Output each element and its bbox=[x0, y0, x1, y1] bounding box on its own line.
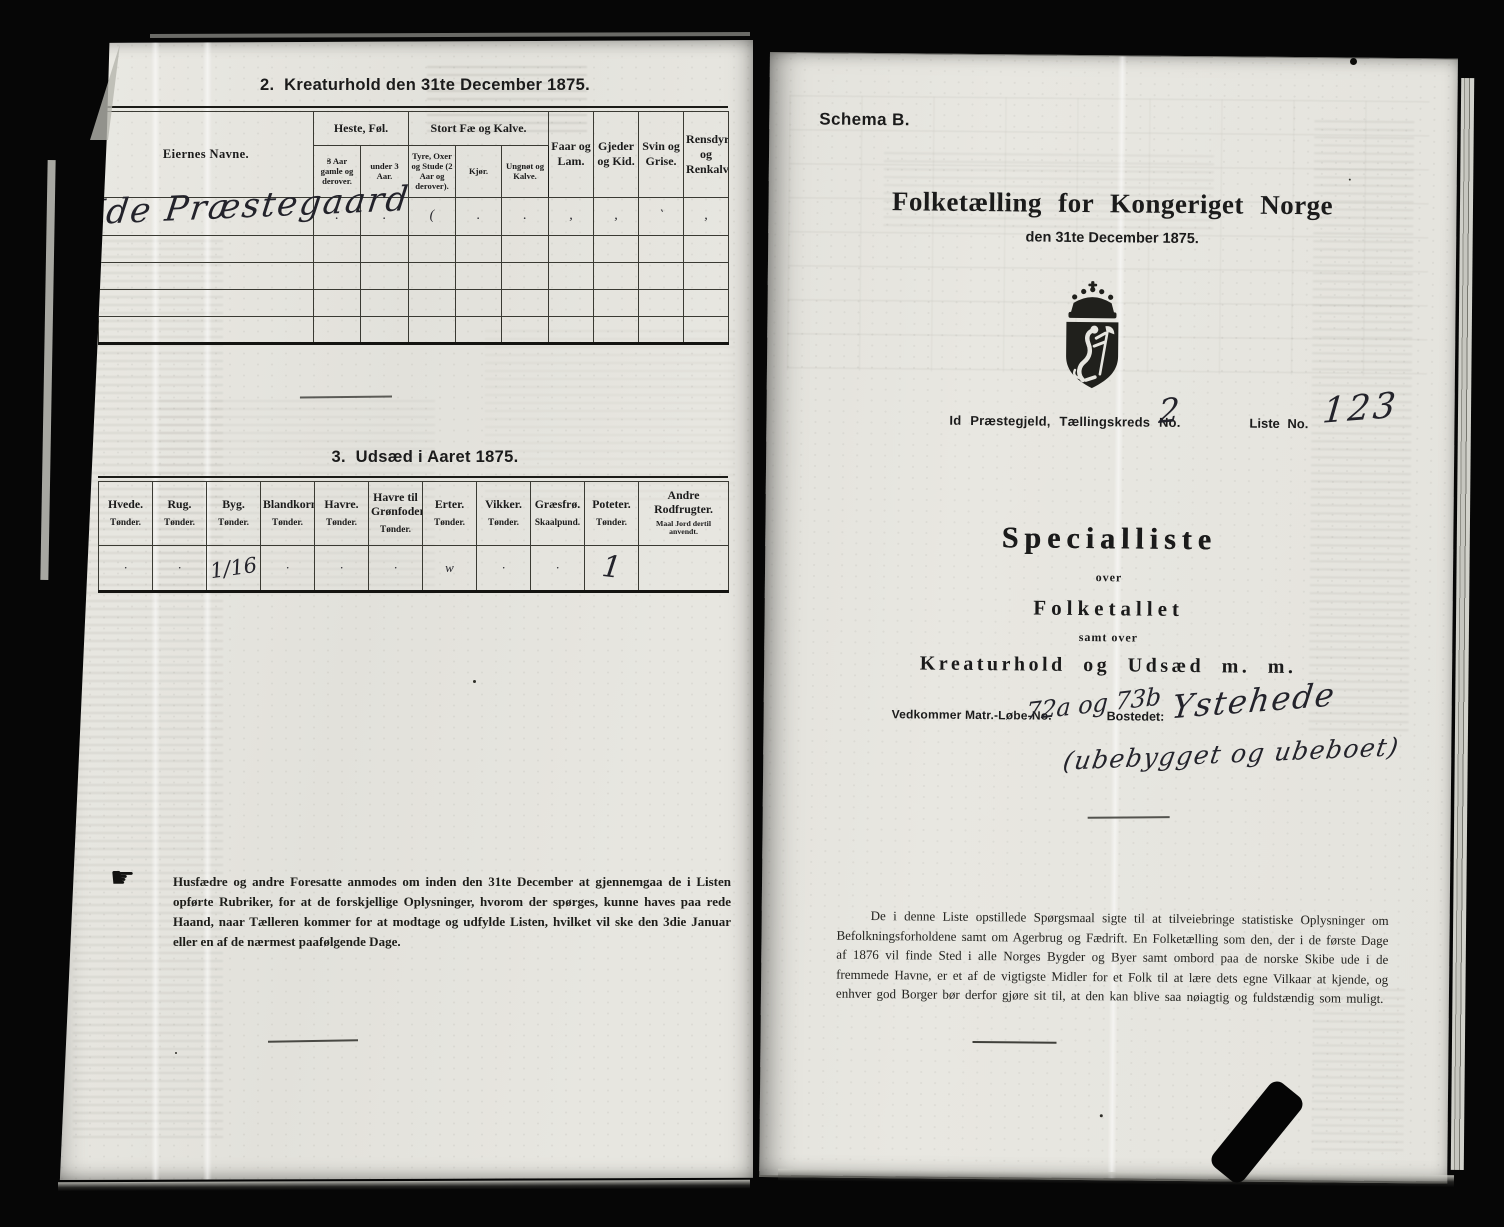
dust-speck bbox=[327, 160, 329, 162]
value-cell: · bbox=[153, 545, 207, 591]
empty-cell bbox=[502, 289, 549, 316]
udsaed-header-row: Hvede.Tønder. Rug.Tønder. Byg.Tønder. Bl… bbox=[99, 481, 729, 545]
stacked-pages-bottom-edge bbox=[58, 1180, 750, 1191]
census-date-line: den 31te December 1875. bbox=[792, 227, 1432, 249]
census-explanatory-paragraph: De i denne Liste opstillede Spørgsmaal s… bbox=[836, 906, 1389, 1009]
underlying-page-edge bbox=[40, 160, 55, 580]
entry-mark-cell: , bbox=[549, 197, 594, 235]
empty-cell bbox=[456, 262, 502, 289]
handwritten-note: (ubebygget og ubeboet) bbox=[1061, 732, 1402, 776]
column-name: Byg. bbox=[209, 498, 258, 512]
empty-cell bbox=[99, 316, 314, 343]
column-unit: Tønder. bbox=[209, 518, 258, 528]
dust-speck bbox=[1349, 179, 1351, 181]
udsaed-value-row: · · 1/16 · · · w · · 1 bbox=[99, 545, 729, 591]
value-cell-byg: 1/16 bbox=[207, 545, 261, 591]
bleedthrough-texture bbox=[73, 240, 223, 1140]
column-unit: Tønder. bbox=[155, 518, 204, 528]
empty-cell bbox=[639, 289, 684, 316]
udsaed-title: 3. Udsæd i Aaret 1875. bbox=[175, 448, 675, 467]
stortfae-sub-header-2: Kjør. bbox=[456, 145, 502, 197]
separator-rule bbox=[268, 1039, 358, 1043]
value-cell bbox=[639, 545, 729, 591]
udsaed-title-number: 3. bbox=[332, 448, 346, 466]
separator-rule bbox=[972, 1041, 1056, 1044]
empty-cell bbox=[314, 289, 361, 316]
kreaturhold-title: 2. Kreaturhold den 31te December 1875. bbox=[175, 76, 675, 95]
empty-cell bbox=[314, 316, 361, 343]
column-unit: Skaalpund. bbox=[533, 518, 582, 528]
schema-label: Schema B. bbox=[819, 109, 910, 130]
column-unit: Tønder. bbox=[371, 525, 420, 535]
heste-group-header: Heste, Føl. bbox=[314, 111, 409, 145]
dust-speck bbox=[473, 680, 476, 683]
gjeder-column-header: Gjeder og Kid. bbox=[594, 111, 639, 197]
column-unit: Maal Jord dertil anvendt. bbox=[641, 520, 726, 537]
empty-cell bbox=[684, 262, 729, 289]
udsaed-table: Hvede.Tønder. Rug.Tønder. Byg.Tønder. Bl… bbox=[98, 481, 729, 593]
empty-cell bbox=[361, 235, 409, 262]
stortfae-sub-header-3: Ungnøt og Kalve. bbox=[502, 145, 549, 197]
rensdyr-column-header: Rensdyr og Renkalve. bbox=[684, 111, 729, 197]
value-cell: · bbox=[315, 545, 369, 591]
empty-cell bbox=[99, 235, 314, 262]
column-name: Erter. bbox=[425, 498, 474, 512]
hvede-header: Hvede.Tønder. bbox=[99, 481, 153, 545]
empty-cell bbox=[456, 289, 502, 316]
entry-mark-cell: ( bbox=[409, 197, 456, 235]
empty-row bbox=[99, 289, 729, 316]
empty-cell bbox=[502, 235, 549, 262]
bleedthrough-texture bbox=[1311, 988, 1405, 1154]
column-unit: Tønder. bbox=[101, 518, 150, 528]
vikker-header: Vikker.Tønder. bbox=[477, 481, 531, 545]
column-unit: Tønder. bbox=[263, 518, 312, 528]
kreaturhold-title-number: 2. bbox=[260, 76, 274, 94]
udsaed-table-frame: Hvede.Tønder. Rug.Tønder. Byg.Tønder. Bl… bbox=[98, 476, 728, 593]
empty-cell bbox=[639, 235, 684, 262]
empty-cell bbox=[99, 262, 314, 289]
column-name: Poteter. bbox=[587, 498, 636, 512]
census-title: Folketælling for Kongeriget Norge bbox=[792, 185, 1432, 222]
empty-cell bbox=[409, 262, 456, 289]
svin-column-header: Svin og Grise. bbox=[639, 111, 684, 197]
column-name: Blandkorn. bbox=[263, 498, 312, 512]
liste-label: Liste No. bbox=[1249, 416, 1308, 432]
scanned-census-book-spread: 2. Kreaturhold den 31te December 1875. E… bbox=[0, 0, 1504, 1227]
over-label: over bbox=[829, 568, 1389, 588]
district-prefix: Id Præstegjeld, Tællingskreds No. bbox=[949, 413, 1180, 430]
column-unit: Tønder. bbox=[479, 518, 528, 528]
bleedthrough-texture bbox=[485, 330, 735, 500]
handwritten-krets-number: 2 bbox=[1158, 390, 1181, 431]
folketallet-heading: Folketallet bbox=[829, 594, 1389, 624]
empty-cell bbox=[409, 289, 456, 316]
column-name: Græsfrø. bbox=[533, 498, 582, 512]
left-page: 2. Kreaturhold den 31te December 1875. E… bbox=[55, 40, 753, 1180]
empty-cell bbox=[684, 235, 729, 262]
value-cell: · bbox=[477, 545, 531, 591]
empty-cell bbox=[684, 316, 729, 343]
faar-column-header: Faar og Lam. bbox=[549, 111, 594, 197]
graesfro-header: Græsfrø.Skaalpund. bbox=[531, 481, 585, 545]
ink-blot bbox=[1350, 58, 1357, 65]
right-page: Schema B. Folketælling for Kongeriget No… bbox=[759, 52, 1458, 1184]
havre-gronfoder-header: Havre til Grønfoder.Tønder. bbox=[369, 481, 423, 545]
separator-rule bbox=[1088, 816, 1170, 819]
column-name: Vikker. bbox=[479, 498, 528, 512]
value-cell: w bbox=[423, 545, 477, 591]
erter-header: Erter.Tønder. bbox=[423, 481, 477, 545]
column-unit: Tønder. bbox=[587, 518, 636, 528]
blandkorn-header: Blandkorn.Tønder. bbox=[261, 481, 315, 545]
empty-cell bbox=[639, 316, 684, 343]
rodfrugter-header: Andre Rodfrugter.Maal Jord dertil anvend… bbox=[639, 481, 729, 545]
bosted-label: Bostedet: bbox=[1107, 709, 1165, 724]
subjects-heading: Kreaturhold og Udsæd m. m. bbox=[828, 652, 1388, 680]
empty-cell bbox=[549, 316, 594, 343]
column-unit: Tønder. bbox=[425, 518, 474, 528]
handwritten-number: 1 bbox=[600, 549, 623, 586]
stortfae-sub-header-1: Tyre, Oxer og Stude (2 Aar og derover). bbox=[409, 145, 456, 197]
empty-cell bbox=[456, 235, 502, 262]
empty-cell bbox=[409, 235, 456, 262]
rug-header: Rug.Tønder. bbox=[153, 481, 207, 545]
handwritten-liste-number: 123 bbox=[1321, 386, 1401, 432]
column-name: Hvede. bbox=[101, 498, 150, 512]
empty-cell bbox=[639, 262, 684, 289]
handwritten-bosted-name: Ystehede bbox=[1169, 675, 1338, 726]
empty-cell bbox=[594, 235, 639, 262]
empty-cell bbox=[549, 262, 594, 289]
dust-speck bbox=[1100, 1114, 1103, 1117]
column-name: Havre. bbox=[317, 498, 366, 512]
value-cell: · bbox=[99, 545, 153, 591]
page-top-edge bbox=[150, 32, 750, 38]
empty-cell bbox=[314, 262, 361, 289]
footnote-text: Husfædre og andre Foresatte anmodes om i… bbox=[173, 872, 731, 953]
empty-cell bbox=[361, 316, 409, 343]
empty-cell bbox=[502, 316, 549, 343]
poteter-header: Poteter.Tønder. bbox=[585, 481, 639, 545]
empty-cell bbox=[314, 235, 361, 262]
dust-speck bbox=[175, 1052, 177, 1054]
empty-cell bbox=[549, 289, 594, 316]
stortfae-group-header: Stort Fæ og Kalve. bbox=[409, 111, 549, 145]
column-name: Andre Rodfrugter. bbox=[641, 489, 726, 516]
empty-cell bbox=[594, 262, 639, 289]
empty-cell bbox=[99, 289, 314, 316]
byg-header: Byg.Tønder. bbox=[207, 481, 261, 545]
empty-cell bbox=[594, 289, 639, 316]
entry-mark-cell: ‵ bbox=[639, 197, 684, 235]
entry-mark-cell: . bbox=[502, 197, 549, 235]
value-cell-poteter: 1 bbox=[585, 545, 639, 591]
empty-cell bbox=[409, 316, 456, 343]
samt-over-label: samt over bbox=[828, 628, 1388, 648]
empty-cell bbox=[594, 316, 639, 343]
empty-cell bbox=[361, 262, 409, 289]
kreaturhold-group-header-row: Eiernes Navne. Heste, Føl. Stort Fæ og K… bbox=[99, 111, 729, 145]
value-cell: · bbox=[369, 545, 423, 591]
column-name: Havre til Grønfoder. bbox=[371, 491, 420, 518]
havre-header: Havre.Tønder. bbox=[315, 481, 369, 545]
value-cell: · bbox=[531, 545, 585, 591]
empty-cell bbox=[456, 316, 502, 343]
entry-mark-cell: . bbox=[456, 197, 502, 235]
empty-cell bbox=[684, 289, 729, 316]
column-unit: Tønder. bbox=[317, 518, 366, 528]
udsaed-title-text: Udsæd i Aaret 1875. bbox=[356, 448, 519, 466]
empty-row bbox=[99, 262, 729, 289]
empty-row bbox=[99, 316, 729, 343]
coat-of-arms-icon bbox=[1053, 280, 1132, 395]
empty-row bbox=[99, 235, 729, 262]
column-name: Rug. bbox=[155, 498, 204, 512]
separator-rule bbox=[300, 396, 392, 399]
value-cell: · bbox=[261, 545, 315, 591]
empty-cell bbox=[502, 262, 549, 289]
entry-mark-cell: , bbox=[684, 197, 729, 235]
specialliste-heading: Specialliste bbox=[829, 520, 1389, 559]
handwritten-fraction: 1/16 bbox=[208, 552, 258, 582]
entry-mark-cell: , bbox=[594, 197, 639, 235]
manicule-icon: ☛ bbox=[110, 864, 135, 892]
kreaturhold-title-text: Kreaturhold den 31te December 1875. bbox=[284, 76, 590, 94]
empty-cell bbox=[361, 289, 409, 316]
empty-cell bbox=[549, 235, 594, 262]
